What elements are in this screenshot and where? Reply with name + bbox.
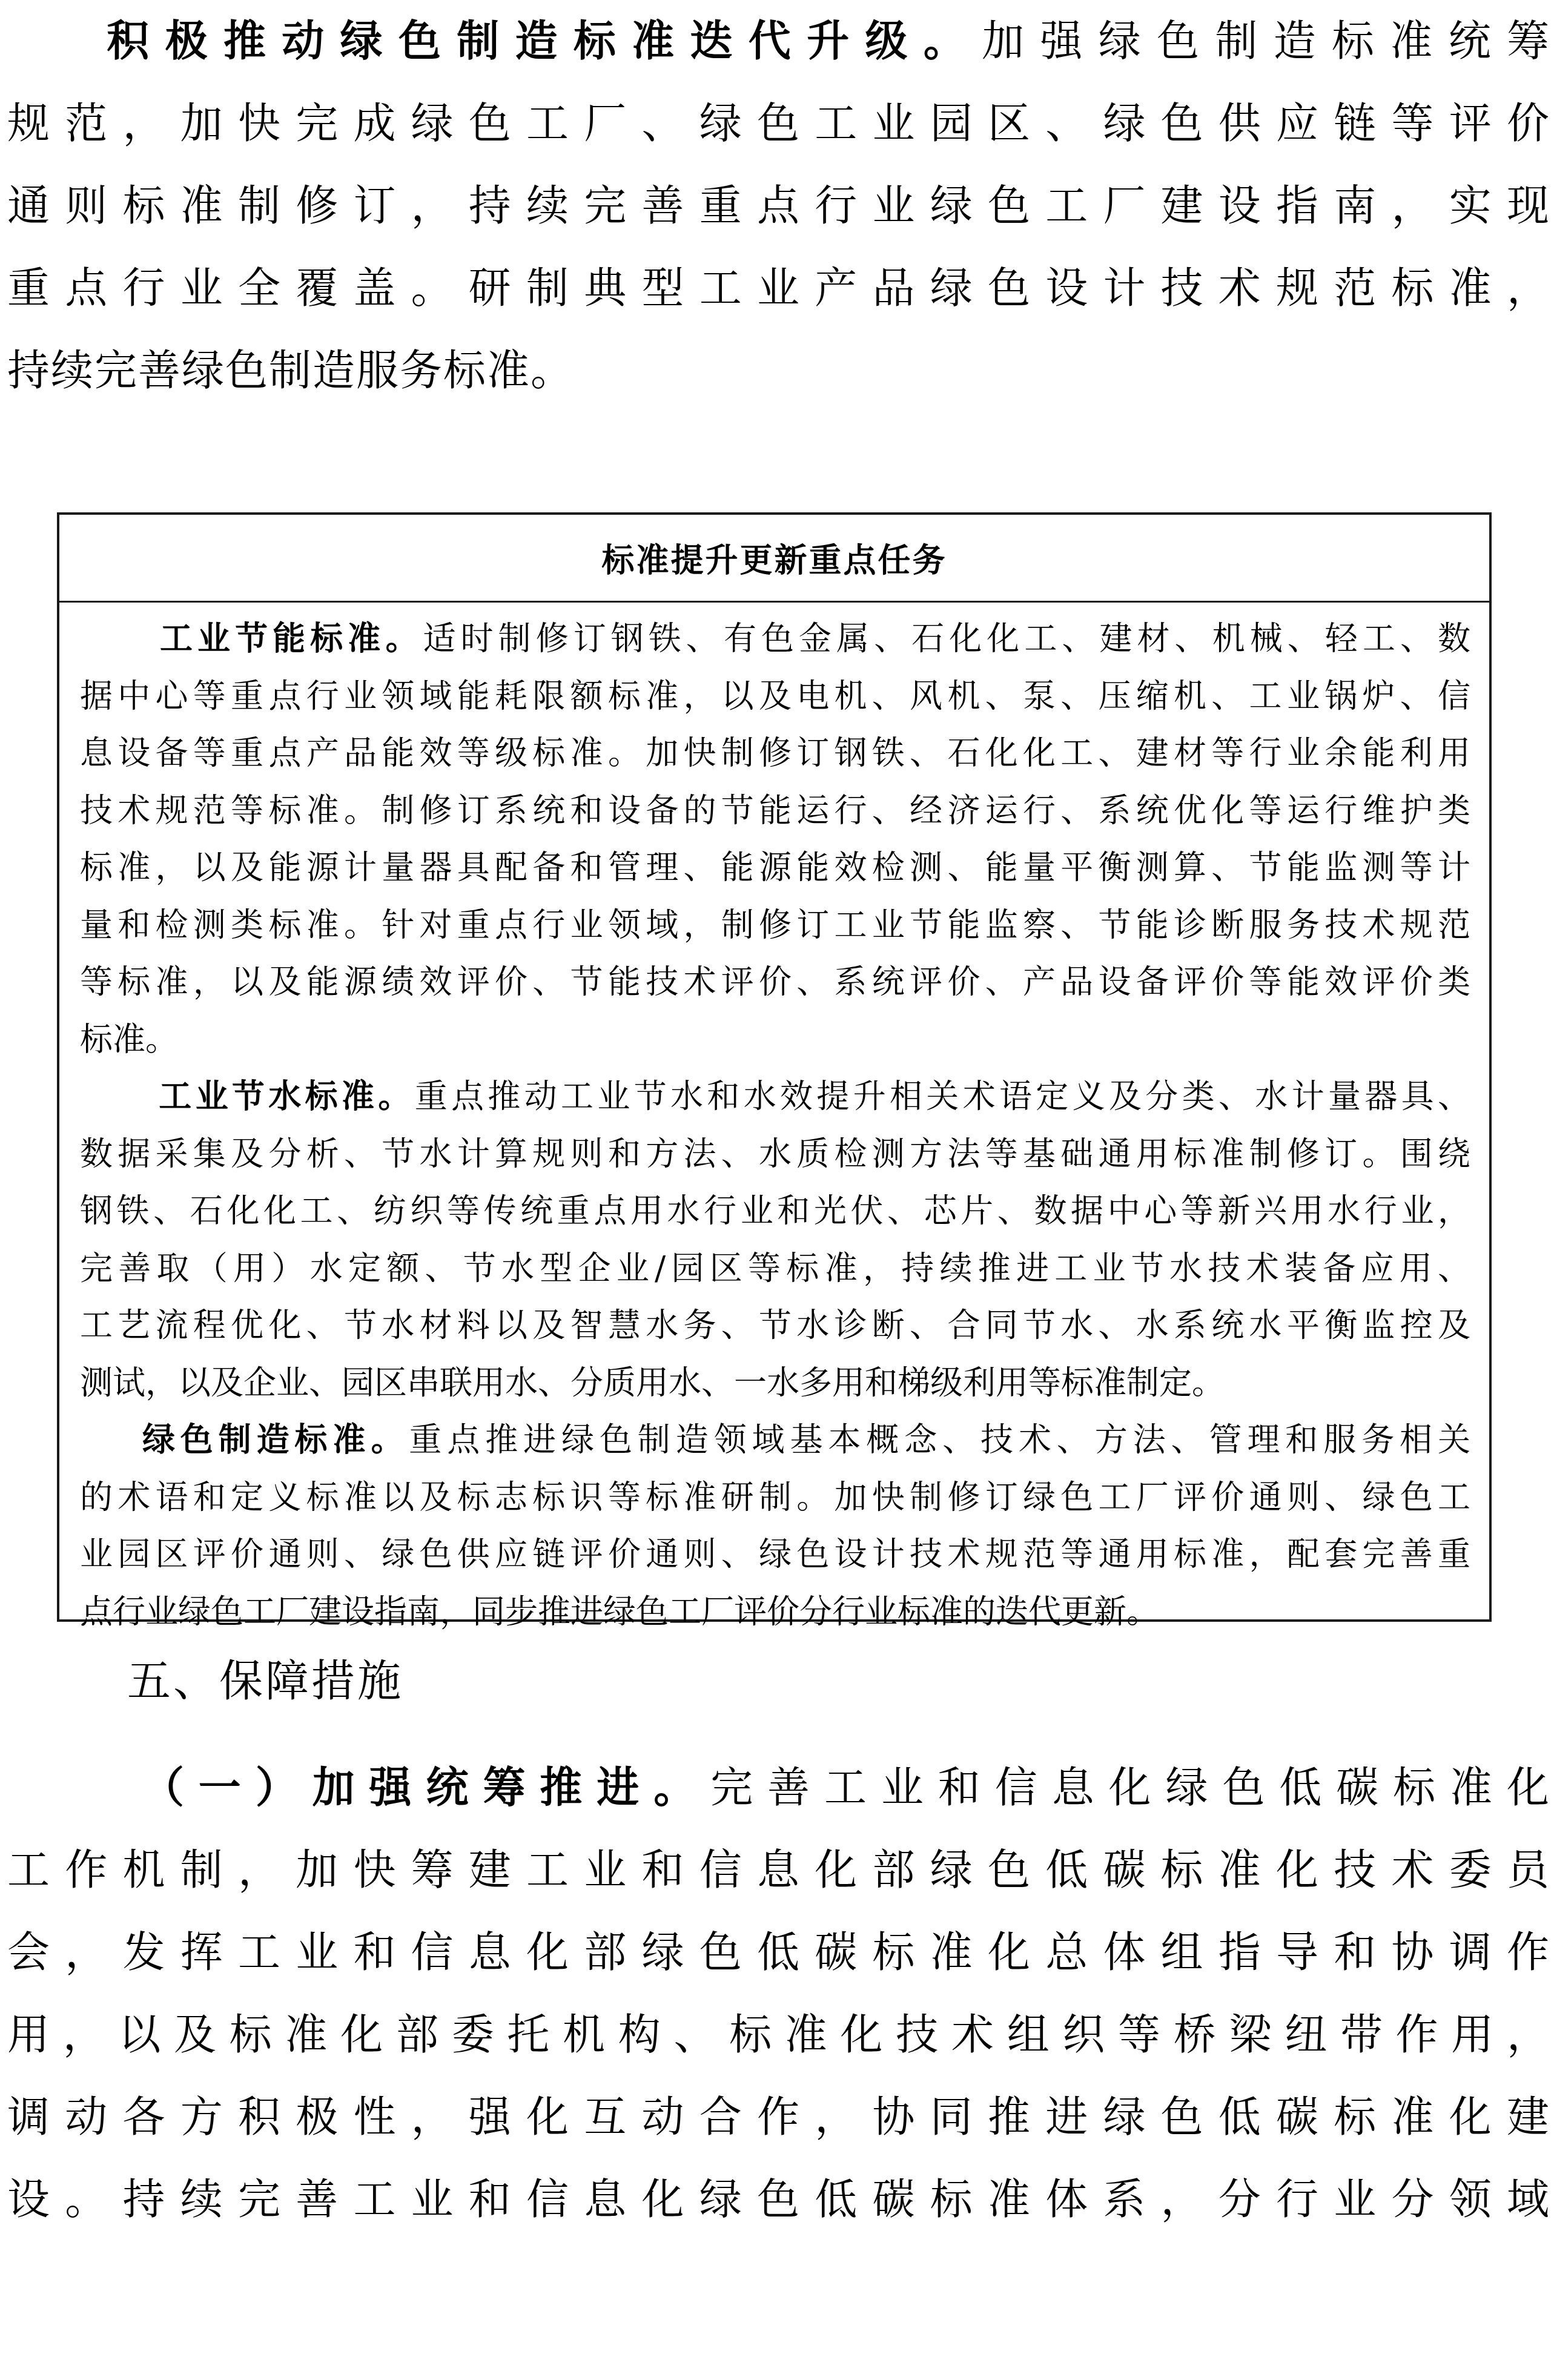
item-line: 测试，以及企业、园区串联用水、分质用水、一水多用和梯级利用等标准制定。 (80, 1355, 1470, 1412)
item-text: 重点推动工业节水和水效提升相关术语定义及分类、水计量器具、 (415, 1077, 1470, 1116)
paragraph-text: 加强绿色制造标准统筹 (982, 16, 1550, 66)
paragraph-coordination: （一）加强统筹推进。完善工业和信息化绿色低碳标准化 工作机制，加快筹建工业和信息… (7, 1747, 1550, 2241)
box-item-energy-saving: 工业节能标准。适时制修订钢铁、有色金属、石化化工、建材、机械、轻工、数 据中心等… (80, 610, 1470, 1068)
paragraph-line: 会，发挥工业和信息化部绿色低碳标准化总体组指导和协调作 (7, 1911, 1550, 1994)
item-line: 标准，以及能源计量器具配备和管理、能源能效检测、能量平衡测算、节能监测等计 (80, 839, 1470, 897)
item-line: 业园区评价通则、绿色供应链评价通则、绿色设计技术规范等通用标准，配套完善重 (80, 1526, 1470, 1584)
item-lead-bold: 工业节能标准。 (155, 620, 423, 658)
box-item-green-manufacturing: 绿色制造标准。重点推进绿色制造领域基本概念、技术、方法、管理和服务相关 的术语和… (80, 1412, 1470, 1641)
paragraph-text: 完善工业和信息化绿色低碳标准化 (710, 1763, 1550, 1813)
box-title: 标准提升更新重点任务 (59, 515, 1489, 603)
paragraph-line: （一）加强统筹推进。完善工业和信息化绿色低碳标准化 (7, 1747, 1550, 1829)
item-line: 等标准，以及能源绩效评价、节能技术评价、系统评价、产品设备评价等能效评价类 (80, 954, 1470, 1011)
paragraph-lead-bold: 积极推动绿色制造标准迭代升级。 (92, 16, 982, 66)
paragraph-green-manufacturing-upgrade: 积极推动绿色制造标准迭代升级。加强绿色制造标准统筹 规范，加快完成绿色工厂、绿色… (7, 0, 1550, 412)
item-line: 息设备等重点产品能效等级标准。加快制修订钢铁、石化化工、建材等行业余能利用 (80, 725, 1470, 782)
section-heading: 五、保障措施 (127, 1647, 403, 1714)
item-line: 标准。 (80, 1011, 1470, 1069)
paragraph-line: 通则标准制修订，持续完善重点行业绿色工厂建设指南，实现 (7, 165, 1550, 247)
item-line: 的术语和定义标准以及标志标识等标准研制。加快制修订绿色工厂评价通则、绿色工 (80, 1469, 1470, 1527)
item-line: 工艺流程优化、节水材料以及智慧水务、节水诊断、合同节水、水系统水平衡监控及 (80, 1297, 1470, 1355)
key-tasks-box: 标准提升更新重点任务 工业节能标准。适时制修订钢铁、有色金属、石化化工、建材、机… (57, 512, 1492, 1622)
paragraph-lead-bold: （一）加强统筹推进。 (128, 1763, 710, 1813)
paragraph-line: 重点行业全覆盖。研制典型工业产品绿色设计技术规范标准， (7, 247, 1550, 329)
box-body: 工业节能标准。适时制修订钢铁、有色金属、石化化工、建材、机械、轻工、数 据中心等… (80, 610, 1470, 1641)
item-line: 绿色制造标准。重点推进绿色制造领域基本概念、技术、方法、管理和服务相关 (80, 1412, 1470, 1469)
item-lead-bold: 绿色制造标准。 (137, 1421, 409, 1459)
item-line: 数据采集及分析、节水计算规则和方法、水质检测方法等基础通用标准制修订。围绕 (80, 1126, 1470, 1183)
item-text: 适时制修订钢铁、有色金属、石化化工、建材、机械、轻工、数 (423, 620, 1470, 658)
item-line: 量和检测类标准。针对重点行业领域，制修订工业节能监察、节能诊断服务技术规范 (80, 897, 1470, 954)
item-line: 工业节能标准。适时制修订钢铁、有色金属、石化化工、建材、机械、轻工、数 (80, 610, 1470, 668)
paragraph-line: 调动各方积极性，强化互动合作，协同推进绿色低碳标准化建 (7, 2076, 1550, 2158)
document-page: 积极推动绿色制造标准迭代升级。加强绿色制造标准统筹 规范，加快完成绿色工厂、绿色… (0, 0, 1554, 2380)
item-line: 钢铁、石化化工、纺织等传统重点用水行业和光伏、芯片、数据中心等新兴用水行业， (80, 1183, 1470, 1240)
item-line: 点行业绿色工厂建设指南，同步推进绿色工厂评价分行业标准的迭代更新。 (80, 1584, 1470, 1641)
paragraph-line: 持续完善绿色制造服务标准。 (7, 329, 1550, 412)
item-line: 完善取（用）水定额、节水型企业/园区等标准，持续推进工业节水技术装备应用、 (80, 1240, 1470, 1298)
item-lead-bold: 工业节水标准。 (155, 1077, 415, 1116)
paragraph-line: 规范，加快完成绿色工厂、绿色工业园区、绿色供应链等评价 (7, 82, 1550, 165)
paragraph-line: 工作机制，加快筹建工业和信息化部绿色低碳标准化技术委员 (7, 1829, 1550, 1911)
paragraph-line: 积极推动绿色制造标准迭代升级。加强绿色制造标准统筹 (7, 0, 1550, 82)
item-line: 据中心等重点行业领域能耗限额标准，以及电机、风机、泵、压缩机、工业锅炉、信 (80, 668, 1470, 726)
item-line: 技术规范等标准。制修订系统和设备的节能运行、经济运行、系统优化等运行维护类 (80, 782, 1470, 840)
paragraph-line: 用，以及标准化部委托机构、标准化技术组织等桥梁纽带作用， (7, 1994, 1550, 2076)
item-text: 重点推进绿色制造领域基本概念、技术、方法、管理和服务相关 (409, 1421, 1470, 1459)
item-line: 工业节水标准。重点推动工业节水和水效提升相关术语定义及分类、水计量器具、 (80, 1068, 1470, 1126)
paragraph-line: 设。持续完善工业和信息化绿色低碳标准体系，分行业分领域 (7, 2158, 1550, 2241)
box-item-water-saving: 工业节水标准。重点推动工业节水和水效提升相关术语定义及分类、水计量器具、 数据采… (80, 1068, 1470, 1412)
